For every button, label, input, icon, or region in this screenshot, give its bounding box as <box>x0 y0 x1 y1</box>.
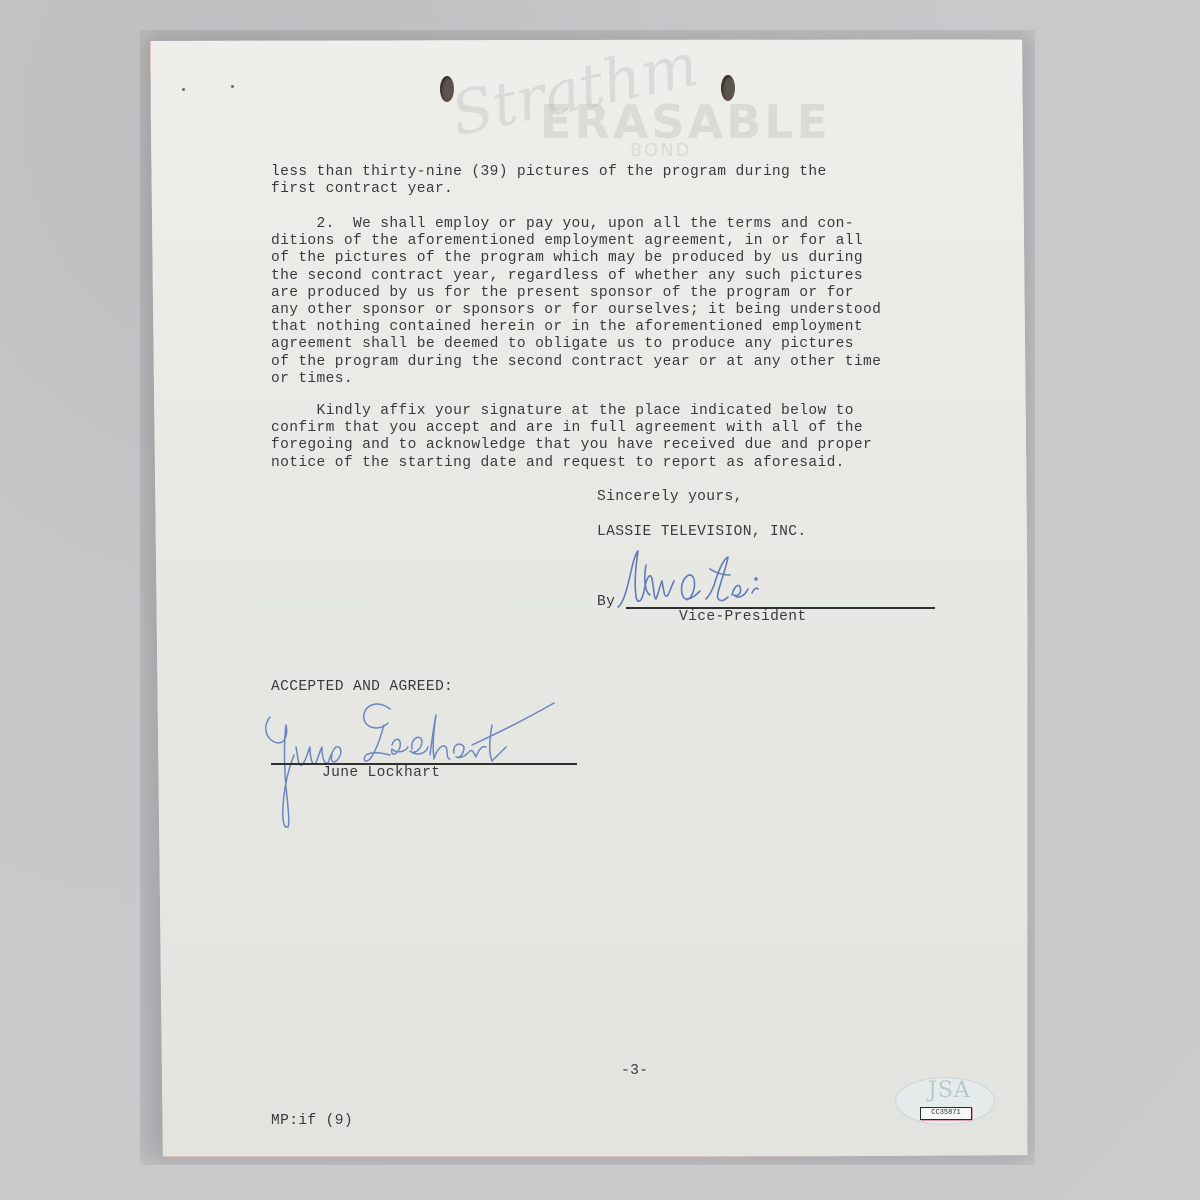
document-page <box>150 39 1028 1157</box>
closing-salutation: Sincerely yours, <box>597 489 743 506</box>
body-paragraph-2: 2. We shall employ or pay you, upon all … <box>271 216 881 388</box>
page-number: -3- <box>621 1063 648 1080</box>
authentication-sticker: JSA CC35871 <box>896 1078 994 1124</box>
punch-hole-right <box>721 75 735 101</box>
accepted-and-agreed-label: ACCEPTED AND AGREED: <box>271 679 453 696</box>
paper-speck <box>231 85 234 88</box>
jsa-logo-icon: JSA <box>928 1078 971 1103</box>
punch-hole-left <box>440 76 454 102</box>
signer-name: June Lockhart <box>322 765 440 782</box>
company-name: LASSIE TELEVISION, INC. <box>597 524 806 541</box>
reference-code: MP:if (9) <box>271 1113 353 1130</box>
body-paragraph-1: less than thirty-nine (39) pictures of t… <box>271 164 827 198</box>
by-label: By <box>597 594 615 611</box>
body-paragraph-3: Kindly affix your signature at the place… <box>271 403 872 472</box>
company-signer-title: Vice-President <box>679 609 807 626</box>
certificate-number: CC35871 <box>920 1107 972 1120</box>
paper-speck <box>182 88 185 91</box>
